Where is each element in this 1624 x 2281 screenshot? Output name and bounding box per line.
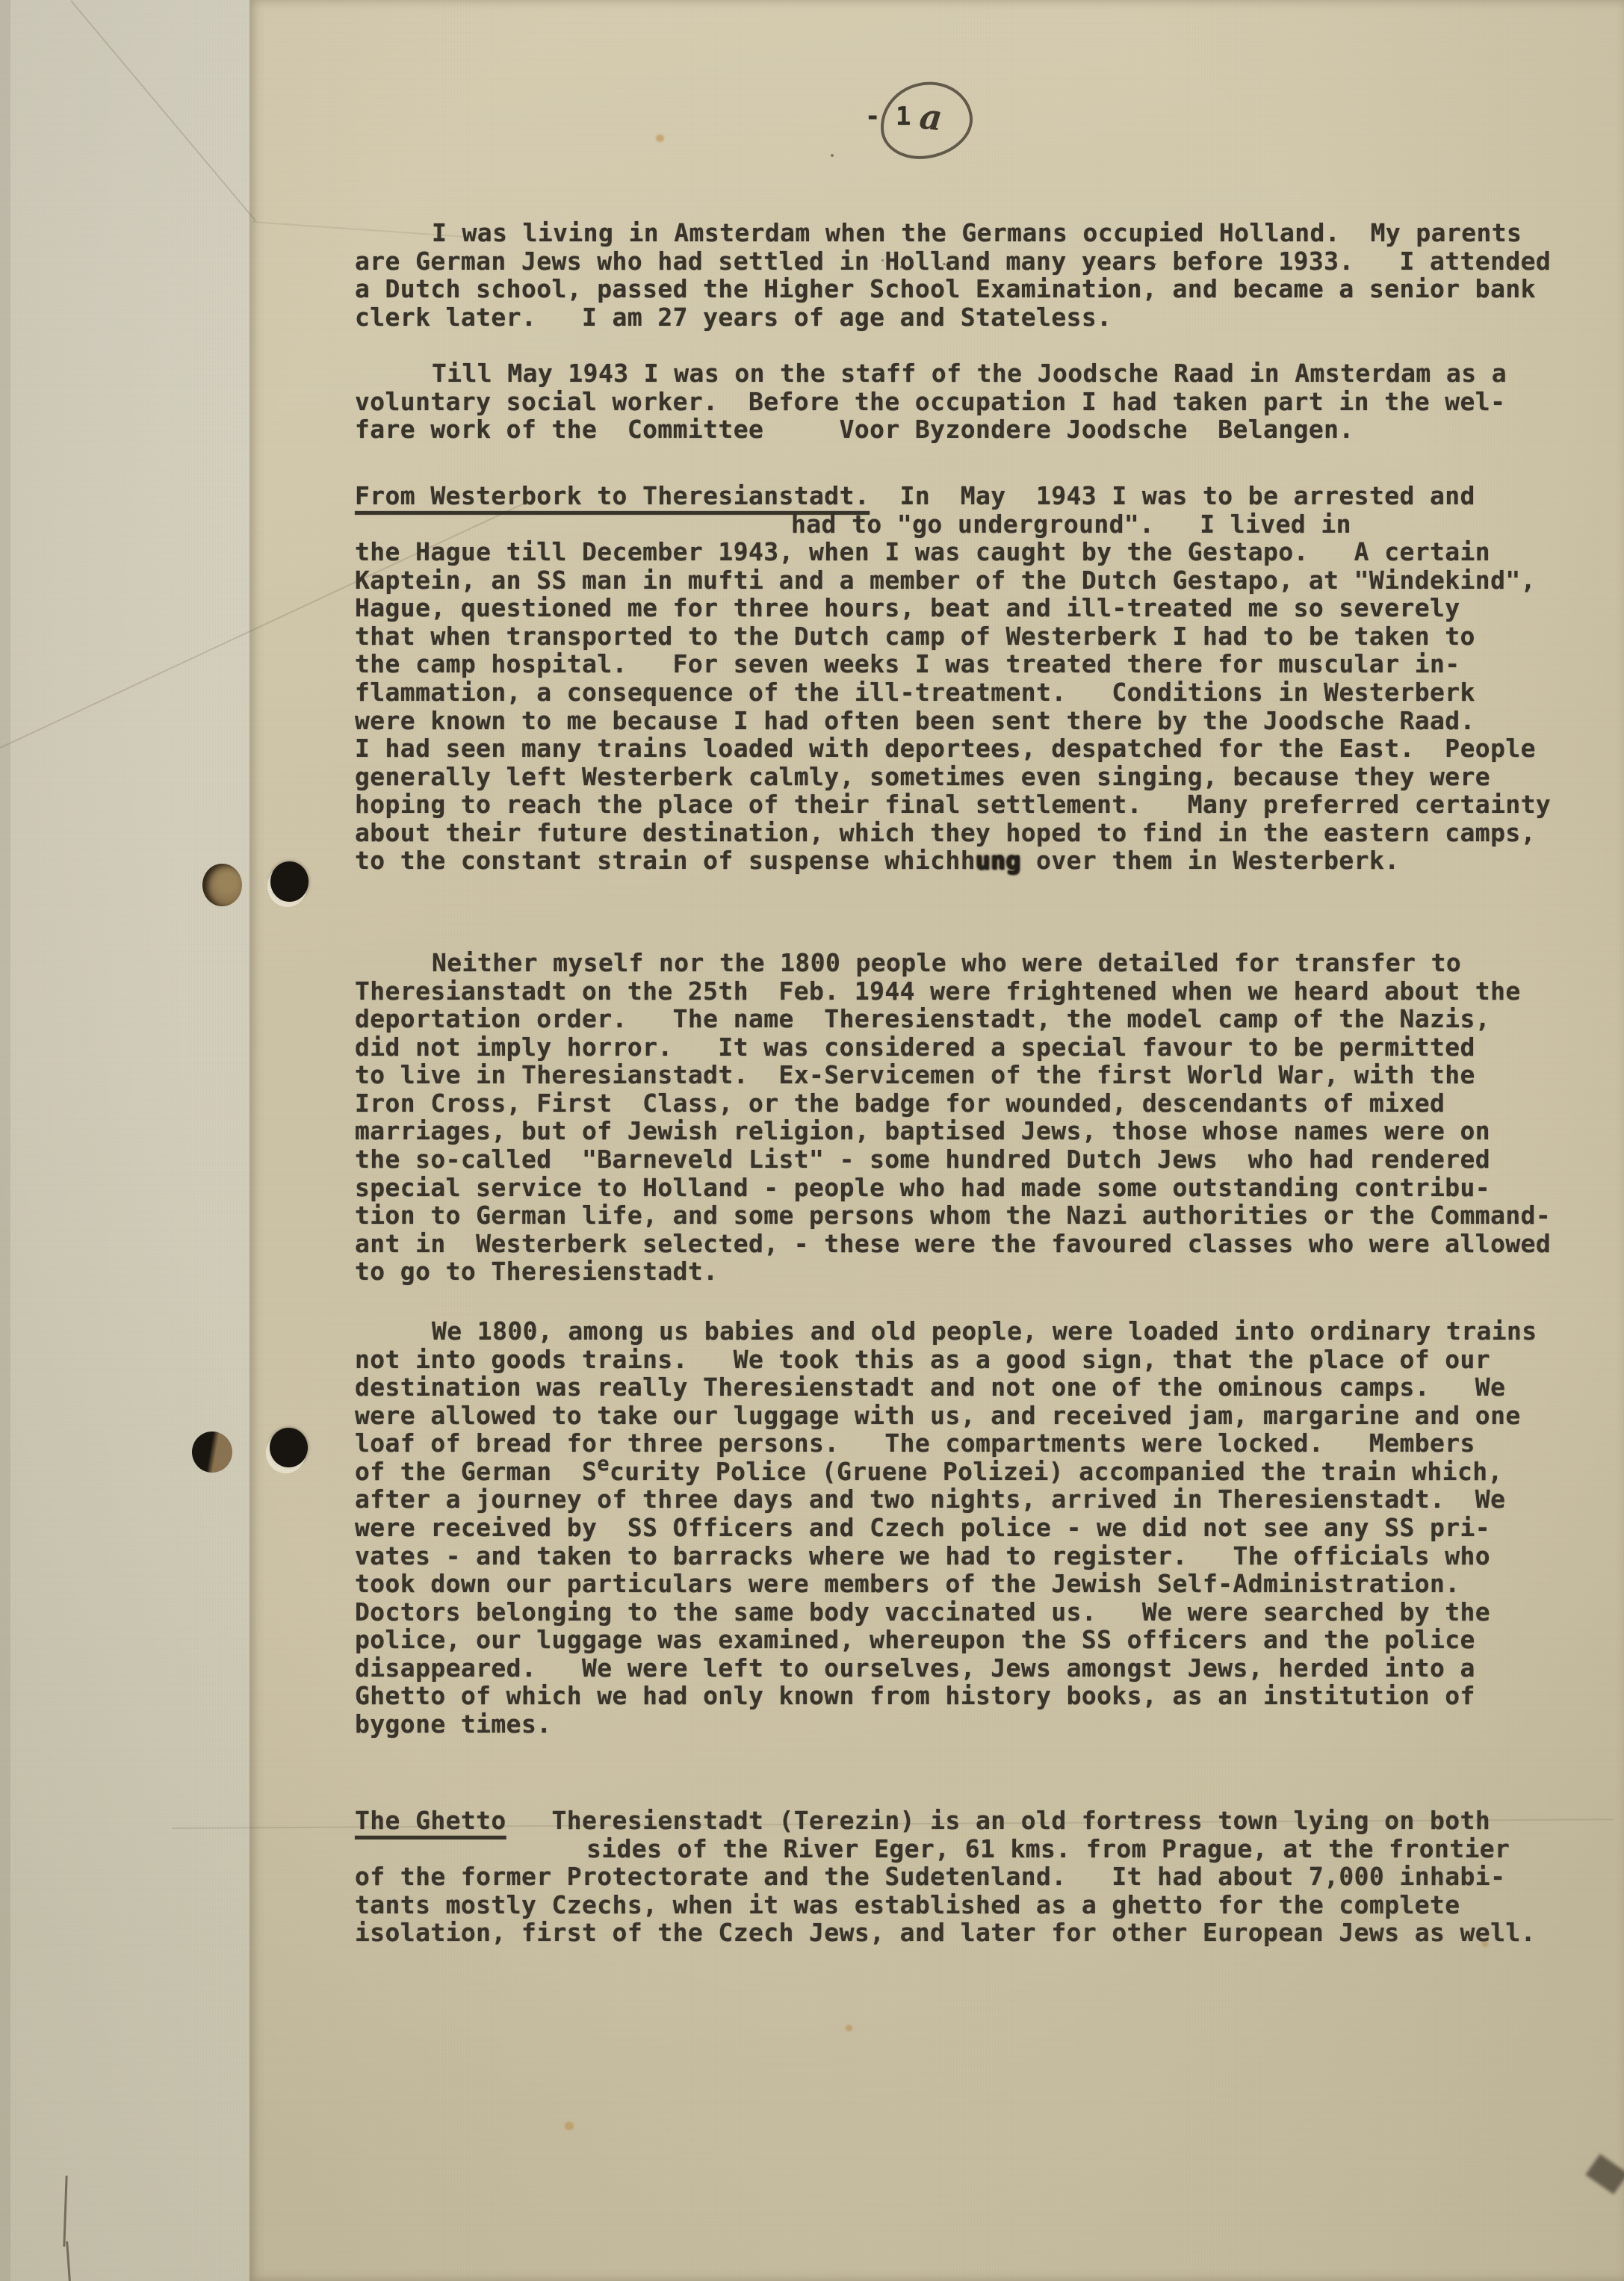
typed-line: the so-called "Barneveld List" - some hu… xyxy=(355,1145,1595,1174)
typed-line: I was living in Amsterdam when the Germa… xyxy=(355,219,1595,247)
stain-mark xyxy=(656,134,664,142)
typed-text: In May 1943 I was to be arrested and xyxy=(870,481,1475,510)
typed-line: destination was really Theresienstadt an… xyxy=(355,1373,1595,1402)
paragraph-intro: I was living in Amsterdam when the Germa… xyxy=(355,219,1595,331)
typed-line: The Ghetto Theresienstadt (Terezin) is a… xyxy=(355,1807,1595,1835)
typed-line: tion to German life, and some persons wh… xyxy=(355,1201,1595,1230)
typed-text: Theresienstadt (Terezin) is an old fortr… xyxy=(506,1806,1490,1835)
typed-line: deportation order. The name Theresiensta… xyxy=(355,1005,1595,1033)
typed-line: bygone times. xyxy=(355,1710,1595,1739)
typed-line: generally left Westerberk calmly, someti… xyxy=(355,763,1595,791)
typed-line: after a journey of three days and two ni… xyxy=(355,1485,1595,1514)
typed-line: From Westerbork to Theresianstadt. In Ma… xyxy=(355,482,1595,510)
typed-line: clerk later. I am 27 years of age and St… xyxy=(355,303,1595,332)
typed-line: of the former Protectorate and the Sudet… xyxy=(355,1863,1595,1891)
typed-line: We 1800, among us babies and old people,… xyxy=(355,1317,1595,1346)
paragraph-joodsche-raad: Till May 1943 I was on the staff of the … xyxy=(355,359,1595,444)
typed-line: were allowed to take our luggage with us… xyxy=(355,1402,1595,1430)
typed-correction: e xyxy=(597,1450,610,1479)
typed-line: did not imply horror. It was considered … xyxy=(355,1033,1595,1062)
typed-line: a Dutch school, passed the Higher School… xyxy=(355,275,1595,303)
section-westerbork: From Westerbork to Theresianstadt. In Ma… xyxy=(355,482,1595,875)
page-edge-shadow xyxy=(0,0,10,2281)
typed-line: Neither myself nor the 1800 people who w… xyxy=(355,949,1595,977)
typed-line: not into goods trains. We took this as a… xyxy=(355,1346,1595,1374)
scanned-document: - 1 a I was living in Amsterdam when the… xyxy=(0,0,1624,2281)
page-number-annotation: a xyxy=(917,96,944,140)
typed-line: to live in Theresianstadt. Ex-Servicemen… xyxy=(355,1061,1595,1089)
typed-line: Theresianstadt on the 25th Feb. 1944 wer… xyxy=(355,977,1595,1006)
typed-line: I had seen many trains loaded with depor… xyxy=(355,734,1595,763)
typed-line: fare work of the Committee Voor Byzonder… xyxy=(355,415,1595,444)
typed-text: over them in Westerberk. xyxy=(1021,846,1400,875)
typed-line: Ghetto of which we had only known from h… xyxy=(355,1682,1595,1710)
paragraph-deportation-order: Neither myself nor the 1800 people who w… xyxy=(355,949,1595,1286)
typed-line: the Hague till December 1943, when I was… xyxy=(355,538,1595,566)
typed-line: sides of the River Eger, 61 kms. from Pr… xyxy=(355,1835,1595,1863)
typed-line: isolation, first of the Czech Jews, and … xyxy=(355,1919,1595,1947)
typed-line: police, our luggage was examined, whereu… xyxy=(355,1626,1595,1654)
typed-line: took down our particulars were members o… xyxy=(355,1570,1595,1598)
typed-line: to the constant strain of suspense which… xyxy=(355,847,1595,875)
punch-hole xyxy=(270,1428,308,1467)
typed-line: had to "go underground". I lived in xyxy=(355,510,1595,539)
ink-speck xyxy=(831,154,834,157)
stain-mark xyxy=(846,2025,852,2031)
punch-hole xyxy=(270,861,309,902)
typed-text: to the constant strain of suspense which… xyxy=(355,846,976,875)
page-number: - 1 xyxy=(865,102,911,131)
typed-line: the camp hospital. For seven weeks I was… xyxy=(355,650,1595,678)
typed-line: vates - and taken to barracks where we h… xyxy=(355,1542,1595,1570)
typed-line: Doctors belonging to the same body vacci… xyxy=(355,1598,1595,1627)
typed-line: marriages, but of Jewish religion, bapti… xyxy=(355,1117,1595,1145)
section-heading: The Ghetto xyxy=(355,1806,506,1835)
section-ghetto: The Ghetto Theresienstadt (Terezin) is a… xyxy=(355,1807,1595,1947)
typed-line: were known to me because I had often bee… xyxy=(355,707,1595,735)
punch-hole xyxy=(202,864,242,906)
typed-line: loaf of bread for three persons. The com… xyxy=(355,1429,1595,1458)
typed-line: hoping to reach the place of their final… xyxy=(355,790,1595,819)
page-edge-strip xyxy=(0,0,252,2281)
typed-line: Kaptein, an SS man in mufti and a member… xyxy=(355,566,1595,595)
typed-line: that when transported to the Dutch camp … xyxy=(355,622,1595,651)
typed-line: Till May 1943 I was on the staff of the … xyxy=(355,359,1595,388)
typed-line: special service to Holland - people who … xyxy=(355,1174,1595,1202)
punch-hole xyxy=(192,1432,232,1473)
typed-text: curity Police (Gruene Polizei) accompani… xyxy=(610,1457,1503,1486)
over-inked-text: ung xyxy=(976,846,1021,875)
typed-text: of the German S xyxy=(355,1457,597,1486)
typed-line: flammation, a consequence of the ill-tre… xyxy=(355,678,1595,707)
typed-line: to go to Theresienstadt. xyxy=(355,1257,1595,1286)
paragraph-transport: We 1800, among us babies and old people,… xyxy=(355,1317,1595,1738)
stain-mark xyxy=(565,2122,574,2130)
typed-line: tants mostly Czechs, when it was establi… xyxy=(355,1891,1595,1919)
typed-line: were received by SS Officers and Czech p… xyxy=(355,1514,1595,1542)
typed-line: disappeared. We were left to ourselves, … xyxy=(355,1654,1595,1683)
typed-line: voluntary social worker. Before the occu… xyxy=(355,388,1595,416)
typed-line: ant in Westerberk selected, - these were… xyxy=(355,1230,1595,1258)
typed-line: are German Jews who had settled in Holla… xyxy=(355,247,1595,276)
typed-line: about their future destination, which th… xyxy=(355,819,1595,847)
typed-line: Hague, questioned me for three hours, be… xyxy=(355,594,1595,622)
section-heading: From Westerbork to Theresianstadt. xyxy=(355,481,870,510)
typed-line: of the German Security Police (Gruene Po… xyxy=(355,1458,1595,1486)
typed-line: Iron Cross, First Class, or the badge fo… xyxy=(355,1089,1595,1118)
